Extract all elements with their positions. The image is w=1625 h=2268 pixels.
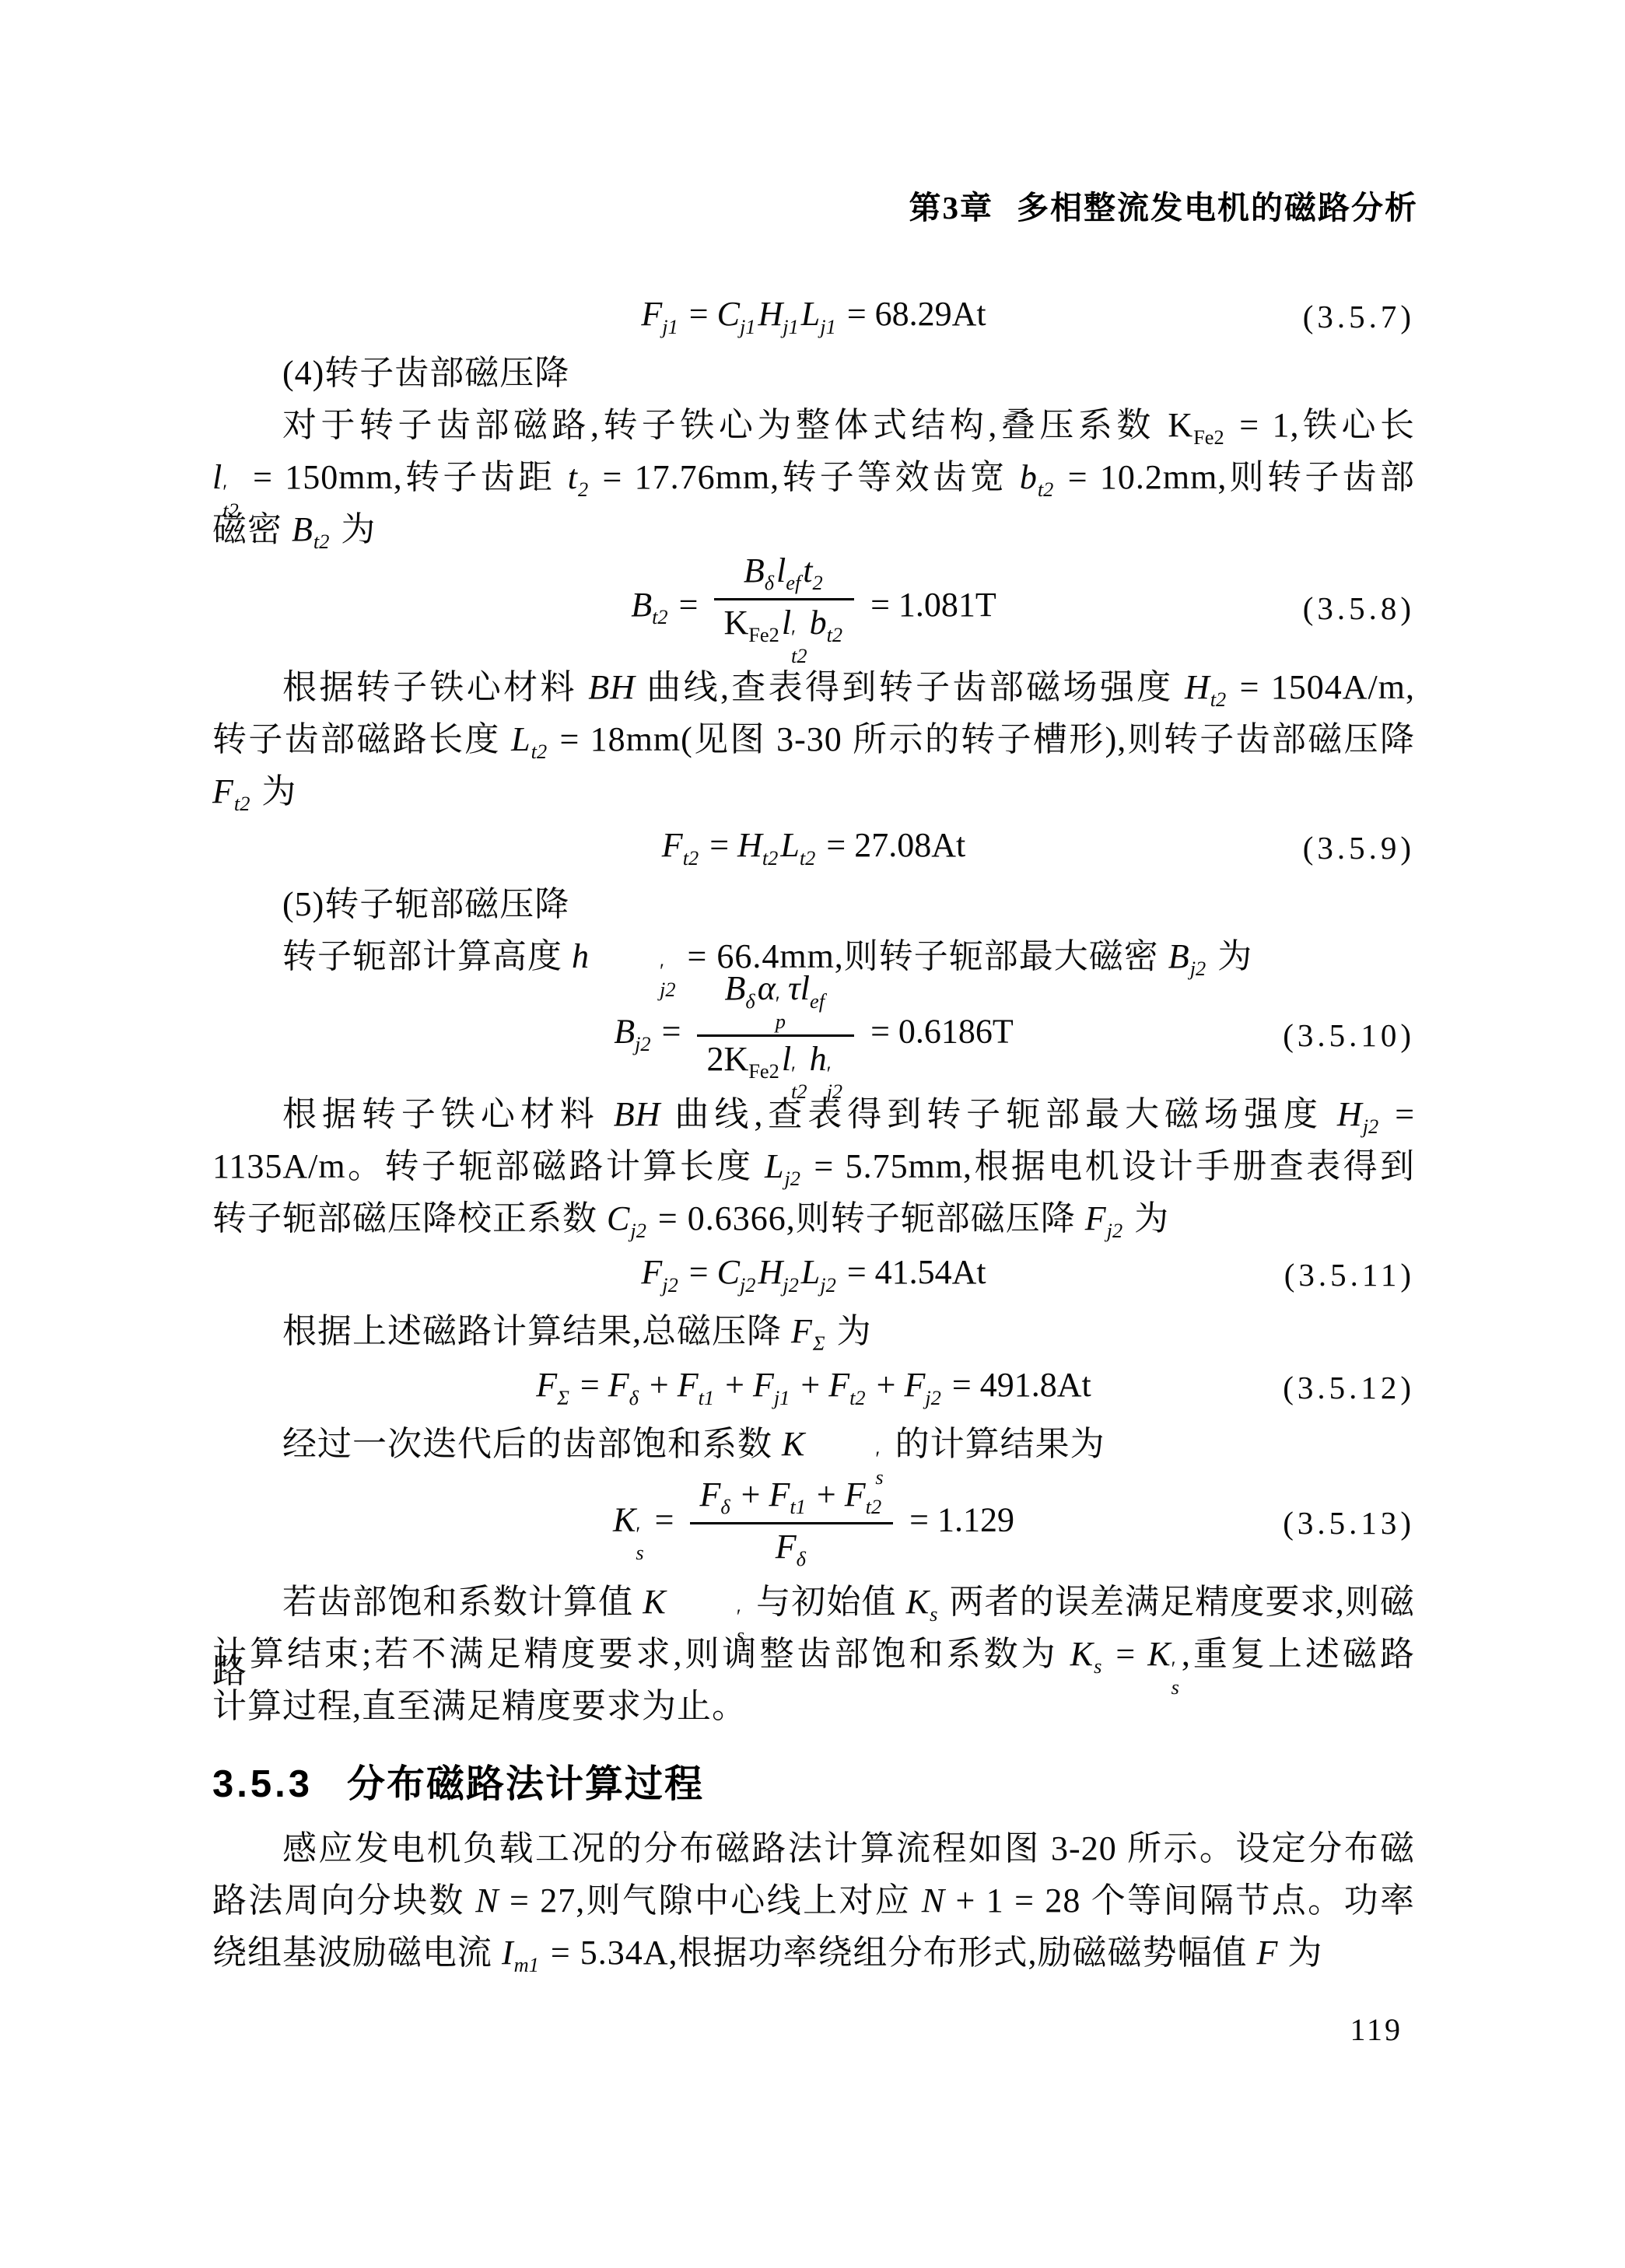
math-segment: K [613,1500,636,1538]
text-segment: = 150mm,转子齿距 [241,458,568,496]
equation-body: Fj2 = Cj2Hj2Lj2 = 41.54At [641,1252,986,1297]
text-segment: = 5.75mm,根据电机设计手册查表得到 [803,1147,1415,1185]
text-line: 路法周向分块数 N = 27,则气隙中心线上对应 N + 1 = 28 个等间隔… [212,1874,1415,1927]
running-head-chapter: 第3章 [909,190,994,226]
equation-body: Bj2 = Bδα′pτlef2KFe2l′t2h′j2 = 0.6186T [614,966,1014,1104]
math-segment: B [631,586,652,624]
subscript: s [636,1543,643,1563]
math-segment: H [758,1253,783,1291]
text-segment: 的计算结果为 [886,1425,1105,1463]
math-segment: B [292,510,313,548]
math-segment: t [568,458,578,496]
text-line: 感应发电机负载工况的分布磁路法计算流程如图 3-20 所示。设定分布磁 [212,1822,1415,1874]
text-segment: = [681,295,717,333]
math-segment: δ [720,1495,730,1518]
text-line: 根据转子铁心材料 BH 曲线,查表得到转子齿部磁场强度 Ht2 = 1504A/… [212,661,1415,713]
text-segment: + [641,1366,678,1404]
math-segment: t2 [652,605,668,628]
math-segment: t2 [234,792,250,815]
fraction: Fδ + Ft1 + Ft2Fδ [690,1472,893,1573]
equation-number: (3.5.8) [1303,590,1415,627]
equation-3-5-10: Bj2 = Bδα′pτlef2KFe2l′t2h′j2 = 0.6186T(3… [212,982,1415,1088]
running-head-title: 多相整流发电机的磁路分析 [1017,190,1418,226]
math-segment: j1 [820,315,836,338]
text-segment: + [792,1366,828,1404]
math-segment: Fe2 [748,1059,779,1083]
math-segment: L [780,826,799,864]
math-segment: K [1070,1635,1094,1673]
equation-number: (3.5.7) [1303,298,1415,335]
math-segment: t2 [531,740,548,763]
math-segment: Σ [557,1386,569,1409]
math-segment: j2 [630,1219,646,1242]
math-segment: ′s [1171,1659,1179,1697]
math-segment: j2 [635,1032,651,1055]
math-segment: F [662,826,683,864]
text-segment: = [653,1013,690,1051]
math-segment: Fe2 [1193,425,1224,449]
math-segment: L [801,295,820,333]
fraction-numerator: Bδleft2 [714,548,854,598]
equation-number: (3.5.9) [1303,829,1415,866]
math-segment: t [803,551,812,590]
equation-3-5-8: Bt2 = Bδleft2KFe2l′t2bt2 = 1.081T(3.5.8) [212,555,1415,661]
math-segment: BH [588,668,636,706]
text-segment: = [681,1253,717,1291]
text-line: 计算过程,直至满足精度要求为止。 [212,1680,1415,1732]
prime-mark: ′ [667,1607,741,1626]
math-segment: ef [810,989,825,1013]
math-segment: t2 [313,530,330,553]
text-segment: 为 [1208,937,1252,975]
text-line: 1135A/m。转子轭部磁路计算长度 Lj2 = 5.75mm,根据电机设计手册… [212,1140,1415,1192]
math-segment: B [725,969,746,1007]
text-segment: 转子齿部磁路长度 [212,720,511,758]
math-segment: j2 [783,1273,799,1297]
math-segment: K [782,1425,805,1463]
text-line: 转子齿部磁路长度 Lt2 = 18mm(见图 3-30 所示的转子槽形),则转子… [212,713,1415,765]
text-segment: = 10.2mm,则转子齿部 [1056,458,1415,496]
equation-3-5-7: Fj1 = Cj1Hj1Lj1 = 68.29At(3.5.7) [212,286,1415,347]
math-segment: H [1337,1095,1363,1133]
section-number: 3.5.3 [212,1763,313,1805]
text-segment: = 17.76mm,转子等效齿宽 [590,458,1020,496]
text-segment: = 0.6186T [862,1013,1014,1051]
math-segment: F [791,1312,813,1350]
text-line: 根据上述磁路计算结果,总磁压降 FΣ 为 [212,1305,1415,1357]
math-segment: F [641,295,662,333]
text-segment: 对于转子齿部磁路,转子铁心为整体式结构,叠压系数 [282,406,1168,444]
text-segment: K [723,604,748,642]
text-line: (4)转子齿部磁压降 [212,347,1415,399]
math-segment: h [810,1040,827,1078]
math-segment: N [922,1881,945,1920]
math-segment: H [737,826,762,864]
math-segment: j1 [783,315,799,338]
math-segment: H [1185,668,1210,706]
math-segment: ′t2 [791,628,807,666]
math-segment: B [744,551,765,590]
math-segment: j2 [1107,1219,1123,1242]
math-segment: 2 [813,571,823,594]
math-segment: L [765,1147,784,1185]
text-line: 若齿部饱和系数计算值 K′s 与初始值 Ks 两者的误差满足精度要求,则磁路 [212,1576,1415,1628]
text-segment: 转子轭部磁压降校正系数 [212,1199,607,1237]
equation-body: FΣ = Fδ + Ft1 + Fj1 + Ft2 + Fj2 = 491.8A… [536,1365,1091,1409]
text-segment: 1135A/m。转子轭部磁路计算长度 [212,1147,765,1185]
text-segment: 为 [1278,1934,1322,1972]
prime-mark: ′ [805,1449,880,1468]
math-segment: l [212,458,222,496]
subscript: t2 [791,646,807,666]
math-segment: t1 [699,1386,715,1409]
math-segment: L [801,1253,820,1291]
math-segment: F [828,1366,849,1404]
math-segment: t1 [790,1495,806,1518]
text-segment: = 1504A/m, [1228,668,1415,706]
math-segment: F [753,1366,774,1404]
text-segment: = 27,则气隙中心线上对应 [499,1881,922,1920]
math-segment: 2 [578,478,588,501]
math-segment: δ [797,1547,806,1570]
math-segment: ′t2 [791,1064,807,1102]
text-segment: = 68.29At [839,295,986,333]
section-title: 分布磁路法计算过程 [347,1763,704,1805]
math-segment: F [1257,1934,1279,1972]
text-segment: = 1,铁心长 [1227,406,1415,444]
text-segment: (4)转子齿部磁压降 [282,354,569,392]
text-segment: = [671,586,707,624]
math-segment: j2 [1363,1115,1379,1138]
text-segment: = [646,1500,683,1538]
text-segment: = 1.129 [901,1500,1014,1538]
math-segment: s [930,1602,937,1626]
math-segment: δ [765,571,774,594]
section-heading: 3.5.3分布磁路法计算过程 [212,1757,1415,1811]
text-segment: K [1168,406,1193,444]
text-segment: 根据转子铁心材料 [282,668,588,706]
text-segment: + [733,1475,769,1514]
subscript: t2 [791,1082,807,1101]
text-segment: = 491.8At [944,1366,1091,1404]
math-segment: H [758,295,783,333]
text-segment: = [1104,1635,1147,1673]
math-segment: F [845,1475,866,1514]
text-segment: 绕组基波励磁电流 [212,1934,502,1972]
text-segment: 2K [706,1040,748,1078]
math-segment: t2 [866,1495,882,1518]
math-segment: t2 [1038,478,1054,501]
equation-number: (3.5.10) [1283,1017,1415,1054]
math-segment: F [699,1475,720,1514]
math-segment: I [502,1934,514,1972]
text-line: 磁密 Bt2 为 [212,503,1415,555]
math-segment: δ [629,1386,639,1409]
text-segment: 为 [331,510,376,548]
subscript: j2 [827,1082,843,1101]
text-segment: 为 [828,1312,872,1350]
equation-3-5-11: Fj2 = Cj2Hj2Lj2 = 41.54At(3.5.11) [212,1244,1415,1305]
text-segment: ,重复上述磁路 [1182,1635,1415,1673]
text-segment: 转子轭部计算高度 [282,937,572,975]
math-segment: b [1020,458,1038,496]
page-number: 119 [1350,2011,1403,2048]
math-segment: l [782,1040,791,1078]
math-segment: j2 [925,1386,941,1409]
math-segment: t2 [849,1386,866,1409]
math-segment: K [906,1583,930,1621]
math-segment: B [1168,937,1190,975]
document-page: 第3章多相整流发电机的磁路分析 Fj1 = Cj1Hj1Lj1 = 68.29A… [0,0,1625,2268]
text-segment: = 0.6366,则转子轭部磁压降 [649,1199,1085,1237]
math-segment: δ [745,989,755,1013]
text-segment: 计算结束;若不满足精度要求,则调整齿部饱和系数为 [212,1635,1070,1673]
text-segment: 与初始值 [747,1583,906,1621]
subscript: s [1171,1678,1179,1697]
text-segment: (5)转子轭部磁压降 [282,885,569,923]
math-segment: j1 [662,315,678,338]
text-segment: 曲线,查表得到转子齿部磁场强度 [636,668,1185,706]
text-segment: 感应发电机负载工况的分布磁路法计算流程如图 3-20 所示。设定分布磁 [282,1829,1415,1867]
math-segment: L [511,720,531,758]
text-segment: 经过一次迭代后的齿部饱和系数 [282,1425,782,1463]
equation-body: K′s = Fδ + Ft1 + Ft2Fδ = 1.129 [613,1472,1014,1573]
fraction-denominator: 2KFe2l′t2h′j2 [697,1034,854,1104]
math-segment: j2 [740,1273,756,1297]
text-segment: 为 [1125,1199,1169,1237]
equation-number: (3.5.13) [1283,1504,1415,1542]
text-line: 经过一次迭代后的齿部饱和系数 K′s 的计算结果为 [212,1418,1415,1470]
math-segment: α [758,969,776,1007]
equation-body: Fj1 = Cj1Hj1Lj1 = 68.29At [641,294,986,338]
math-segment: C [717,1253,740,1291]
math-segment: t2 [800,846,816,870]
math-segment: F [776,1528,797,1566]
text-segment: 路法周向分块数 [212,1881,475,1920]
math-segment: t2 [827,623,843,646]
math-segment: ′s [636,1524,643,1563]
math-segment: F [641,1253,662,1291]
fraction-numerator: Fδ + Ft1 + Ft2 [690,1472,893,1522]
text-segment: 计算过程,直至满足精度要求为止。 [212,1687,747,1725]
math-segment: C [607,1199,630,1237]
math-segment: C [717,295,740,333]
math-segment: s [1094,1654,1101,1678]
math-segment: m1 [514,1953,539,1976]
math-segment: j2 [784,1167,800,1190]
math-segment: l [776,551,786,590]
math-segment: F [536,1366,557,1404]
fraction-denominator: KFe2l′t2bt2 [714,598,854,668]
math-segment: Σ [813,1332,825,1355]
subscript: p [776,1012,786,1031]
fraction-numerator: Bδα′pτlef [697,966,854,1034]
text-segment: = 27.08At [818,826,965,864]
math-segment: ′p [776,994,786,1032]
math-segment: ef [786,571,800,594]
math-segment: F [904,1366,925,1404]
math-segment: t2 [683,846,699,870]
equation-number: (3.5.11) [1284,1256,1415,1293]
math-segment: t2 [1210,688,1227,711]
equation-3-5-12: FΣ = Fδ + Ft1 + Fj1 + Ft2 + Fj2 = 491.8A… [212,1357,1415,1418]
text-segment: = [701,826,737,864]
math-segment: F [678,1366,699,1404]
math-segment: ′j2 [827,1064,843,1102]
equation-body: Bt2 = Bδleft2KFe2l′t2bt2 = 1.081T [631,548,996,668]
fraction: Bδleft2KFe2l′t2bt2 [714,548,854,668]
math-segment: K [643,1583,666,1621]
text-segment: = 41.54At [839,1253,986,1291]
math-segment: F [1085,1199,1107,1237]
math-segment: B [614,1013,635,1051]
math-segment: j1 [740,315,756,338]
text-line: 转子轭部磁压降校正系数 Cj2 = 0.6366,则转子轭部磁压降 Fj2 为 [212,1192,1415,1244]
math-segment: l [782,604,791,642]
math-segment: t2 [762,846,779,870]
math-segment: τl [788,969,810,1007]
text-segment: = [1381,1095,1415,1133]
math-segment: F [608,1366,629,1404]
text-segment: 若齿部饱和系数计算值 [282,1583,643,1621]
math-segment: F [212,772,234,810]
text-segment: = [572,1366,608,1404]
text-line: l′t2 = 150mm,转子齿距 t2 = 17.76mm,转子等效齿宽 bt… [212,451,1415,503]
math-segment: j2 [820,1273,836,1297]
math-segment: Fe2 [748,623,779,646]
math-segment: j2 [662,1273,678,1297]
text-segment: 为 [252,772,296,810]
text-line: Ft2 为 [212,765,1415,817]
text-line: 绕组基波励磁电流 Im1 = 5.34A,根据功率绕组分布形式,励磁磁势幅值 F… [212,1927,1415,1979]
math-segment: b [810,604,827,642]
text-segment: = 1.081T [862,586,996,624]
text-line: 对于转子齿部磁路,转子铁心为整体式结构,叠压系数 KFe2 = 1,铁心长 [212,399,1415,451]
fraction-denominator: Fδ [690,1522,893,1574]
equation-3-5-9: Ft2 = Ht2Lt2 = 27.08At(3.5.9) [212,817,1415,878]
math-segment: F [769,1475,790,1514]
running-head: 第3章多相整流发电机的磁路分析 [909,182,1419,228]
page-body: Fj1 = Cj1Hj1Lj1 = 68.29At(3.5.7)(4)转子齿部磁… [212,286,1415,1979]
math-segment: h [572,937,590,975]
text-segment: = 5.34A,根据功率绕组分布形式,励磁磁势幅值 [541,1934,1257,1972]
text-segment: + [808,1475,845,1514]
text-segment: + 1 = 28 个等间隔节点。功率 [945,1881,1415,1920]
math-segment: K [1147,1635,1171,1673]
text-segment: 根据上述磁路计算结果,总磁压降 [282,1312,791,1350]
equation-number: (3.5.12) [1283,1369,1415,1406]
text-line: 计算结束;若不满足精度要求,则调整齿部饱和系数为 Ks = K′s,重复上述磁路 [212,1628,1415,1680]
text-segment: 根据转子铁心材料 [282,1095,614,1133]
text-segment: + [868,1366,905,1404]
text-segment: + [716,1366,753,1404]
text-segment: 磁密 [212,510,292,548]
text-segment: = 18mm(见图 3-30 所示的转子槽形),则转子齿部磁压降 [549,720,1415,758]
equation-body: Ft2 = Ht2Lt2 = 27.08At [662,825,965,870]
math-segment: j2 [1190,957,1206,980]
fraction: Bδα′pτlef2KFe2l′t2h′j2 [697,966,854,1104]
text-line: (5)转子轭部磁压降 [212,878,1415,930]
math-segment: N [475,1881,499,1920]
math-segment: j1 [774,1386,790,1409]
equation-3-5-13: K′s = Fδ + Ft1 + Ft2Fδ = 1.129(3.5.13) [212,1470,1415,1576]
